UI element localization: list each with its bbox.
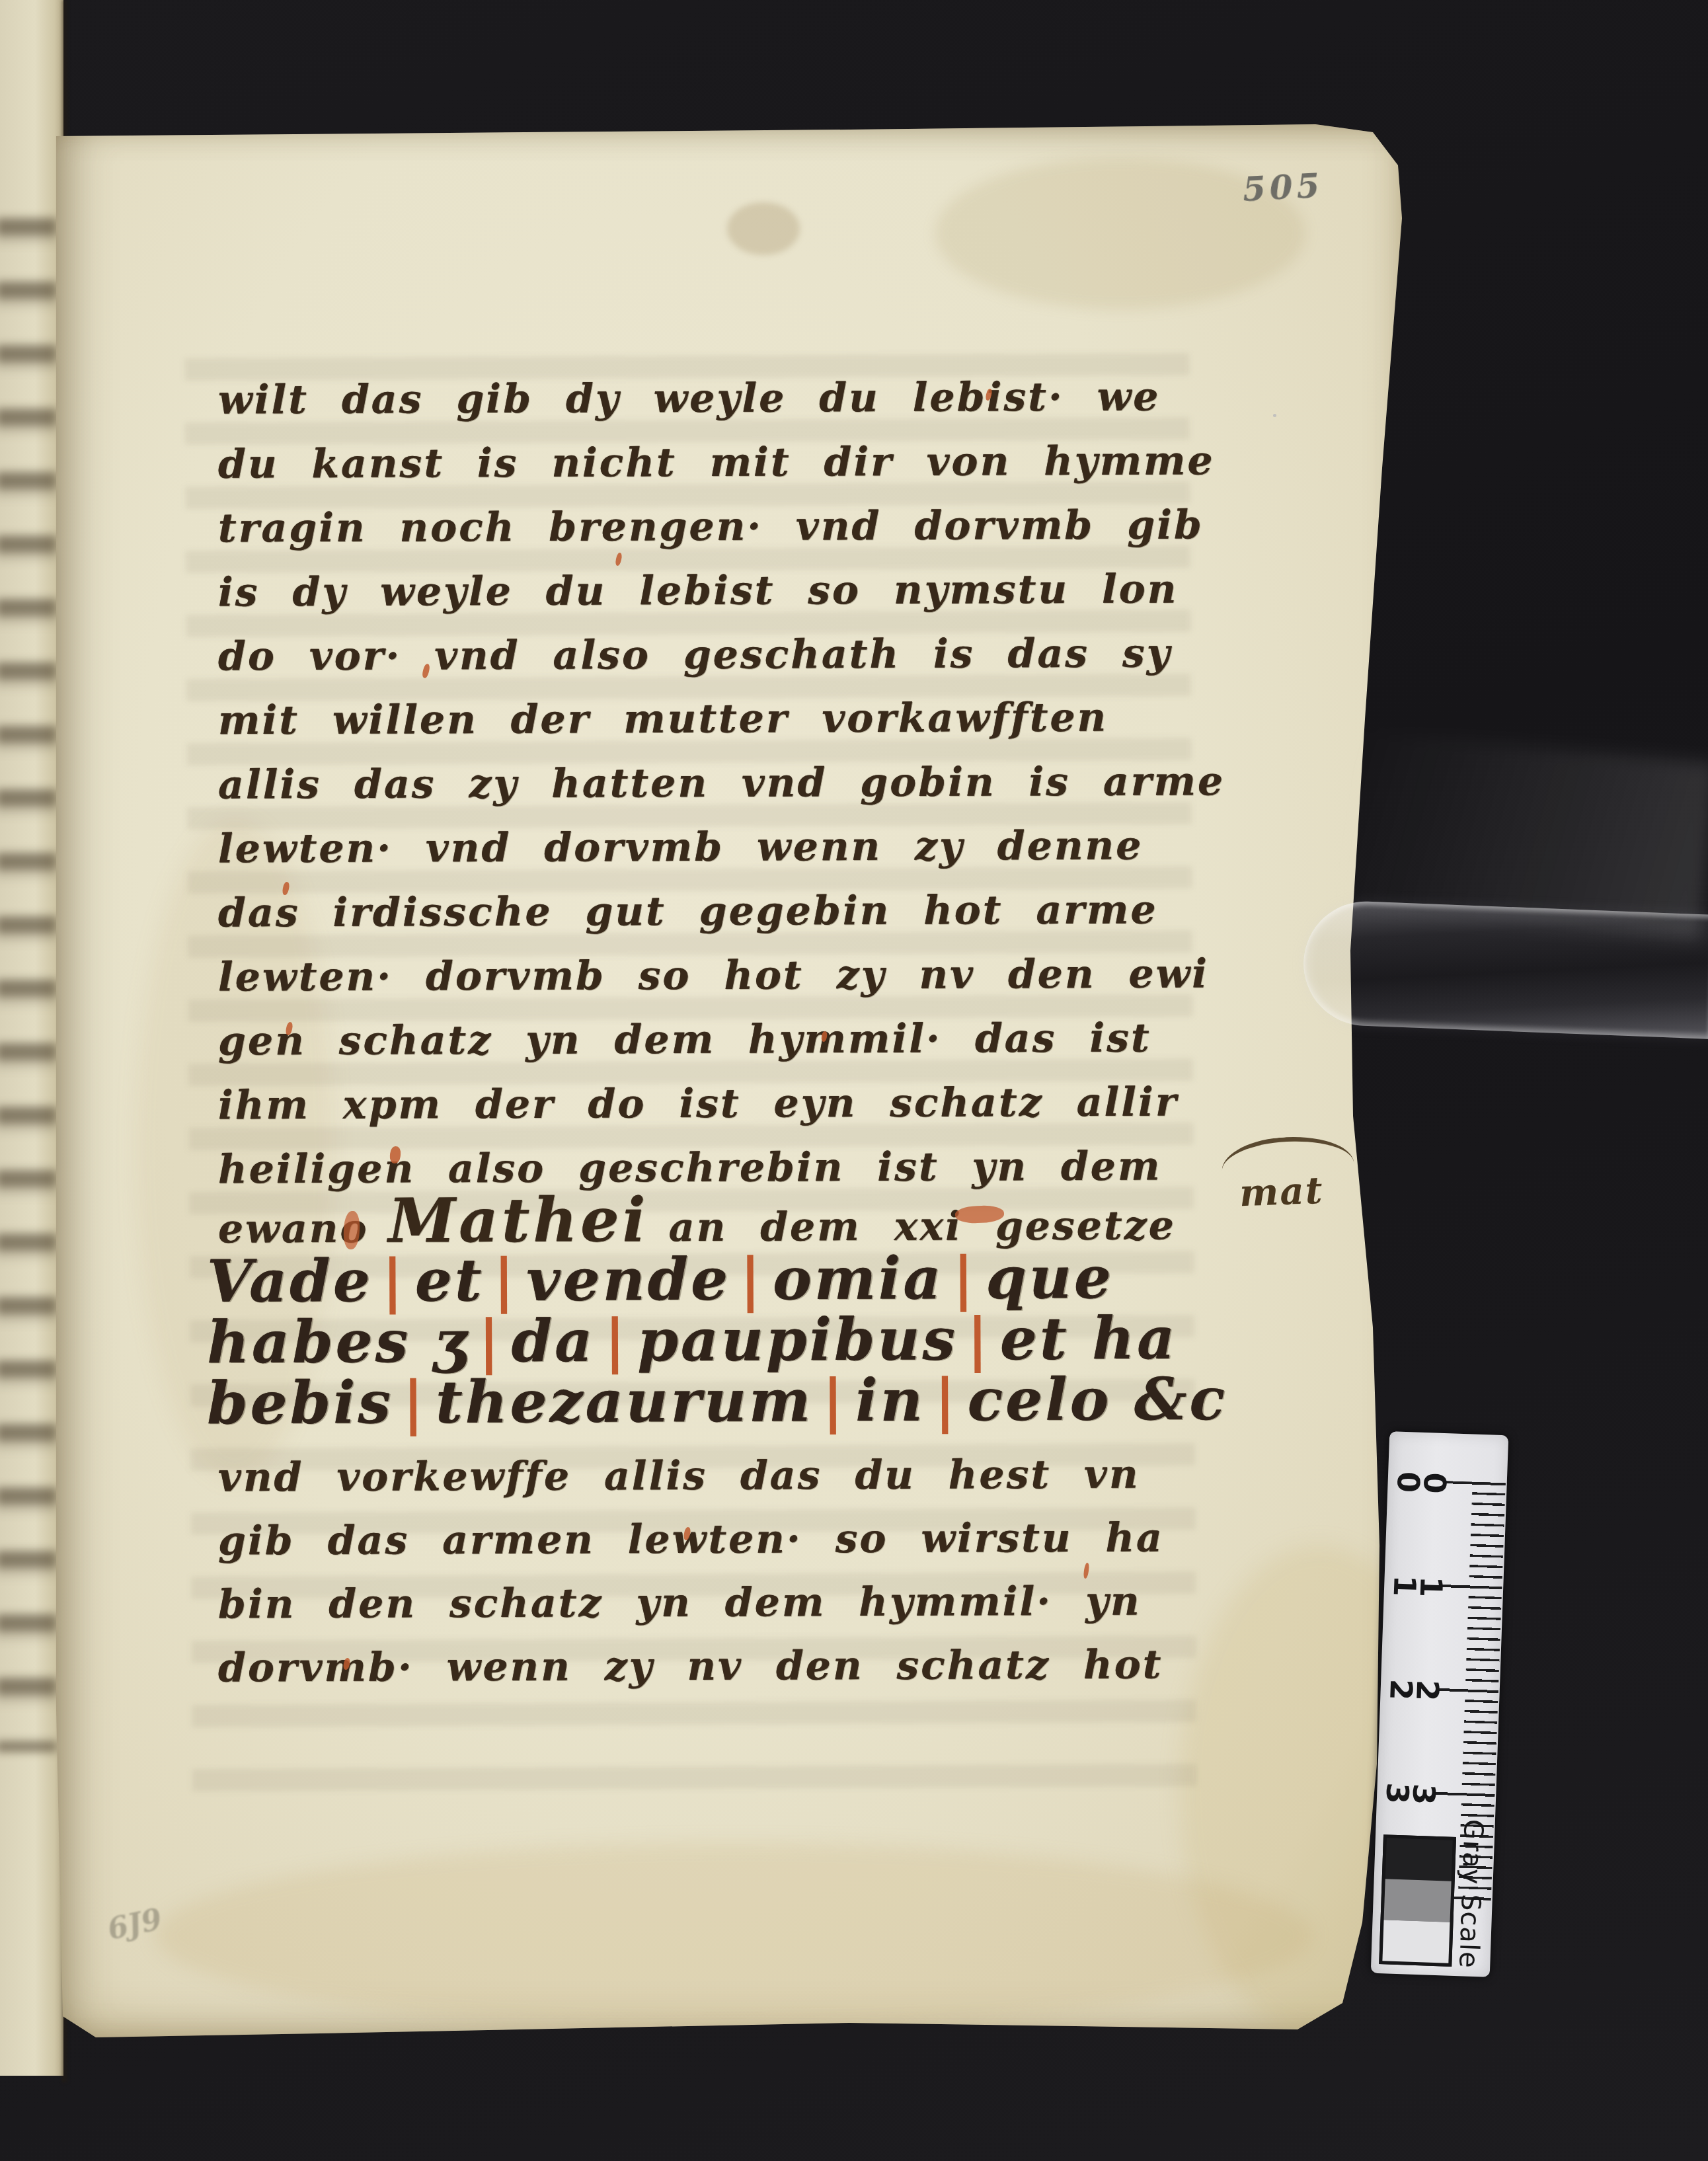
text-line: lewten· vnd dorvmb wenn zy denne: [218, 818, 1144, 878]
rubric-separator: |: [484, 1245, 526, 1314]
manuscript-photo: { "page": { "folio_number": "505", "marg…: [0, 0, 1708, 2161]
quote-word: et ha: [1000, 1304, 1178, 1373]
quote-word: celo &c: [967, 1364, 1227, 1434]
rubric-separator: |: [469, 1306, 511, 1375]
dust-speck: [1273, 414, 1276, 417]
text-line: lewten· dorvmb so hot zy nv den ewi: [218, 945, 1209, 1005]
text-line: ihm xpm der do ist eyn schatz allir: [218, 1074, 1179, 1134]
rubric-separator: |: [958, 1304, 1000, 1373]
latin-quote-line: Vade|et|vende|omia|que: [207, 1246, 1114, 1313]
quote-word: et: [415, 1245, 485, 1314]
text-line: vnd vorkewffe allis das du hest vn: [218, 1446, 1140, 1507]
quote-word: vende: [526, 1245, 730, 1314]
rubric-separator: |: [730, 1244, 773, 1313]
text-line: heiligen also geschrebin ist yn dem: [218, 1138, 1162, 1198]
quote-word: bebis: [207, 1368, 393, 1437]
ruler-number-3: 33: [1384, 1773, 1441, 1815]
previous-leaf-blurred-text: [0, 218, 57, 1752]
rubric-separator: |: [393, 1368, 436, 1436]
quote-word: omia: [773, 1243, 944, 1313]
text-line: do vor· vnd also geschath is das sy: [218, 625, 1172, 685]
text-line: du kanst is nicht mit dir von hymme: [218, 432, 1215, 492]
rubric-separator: |: [813, 1366, 855, 1434]
folio-number: 505: [1242, 166, 1325, 209]
grayscale-ruler-card: 00 11 22 33 44 Gray Scale: [1371, 1431, 1509, 1977]
parchment-stain: [727, 202, 800, 255]
text-line: tragin noch brengen· vnd dorvmb gib: [218, 496, 1204, 557]
manuscript-page: 505 wilt das gib dy weyle du lebist· we …: [56, 124, 1408, 2041]
text-line: gen schatz yn dem hymmil· das ist: [218, 1010, 1151, 1070]
text-line: mit willen der mutter vorkawfften: [218, 689, 1108, 750]
grayscale-patches: [1379, 1834, 1456, 1967]
page-clamp: [1301, 899, 1708, 1039]
text-line: das irdissche gut gegebin hot arme: [218, 882, 1158, 942]
parchment-stain: [155, 1843, 1312, 2028]
quote-word: in: [855, 1366, 925, 1434]
ruler-number-2: 22: [1388, 1669, 1445, 1711]
text-line: allis das zy hatten vnd gobin is arme: [218, 753, 1225, 813]
grayscale-patch-black: [1385, 1838, 1453, 1881]
quote-word: que: [986, 1243, 1114, 1312]
rubric-separator: |: [925, 1365, 967, 1434]
text-line: gib das armen lewten· so wirstu ha: [218, 1510, 1164, 1570]
quote-word: thezaurum: [436, 1366, 813, 1436]
grayscale-patch-gray: [1384, 1879, 1452, 1922]
quote-word: paupibus: [637, 1304, 958, 1374]
heading-title: Mathei: [388, 1191, 649, 1249]
quote-word: habes ʒ: [207, 1306, 469, 1376]
rubric-separator: |: [595, 1306, 637, 1374]
ruler-number-1: 11: [1391, 1565, 1448, 1607]
text-line: bin den schatz yn dem hymmil· yn: [218, 1573, 1142, 1633]
quote-word: Vade: [207, 1246, 373, 1316]
marginal-note: mat: [1239, 1169, 1325, 1215]
rubric-separator: |: [943, 1243, 986, 1312]
text-line: dorvmb· wenn zy nv den schatz hot: [218, 1637, 1163, 1697]
quote-word: da: [511, 1306, 595, 1376]
ruler-number-0: 00: [1395, 1462, 1452, 1503]
rubric-separator: |: [373, 1246, 415, 1315]
previous-leaf-edge: [0, 0, 63, 2076]
pencil-note: 6J9: [105, 1903, 165, 1947]
grayscale-patch-white: [1382, 1920, 1450, 1963]
latin-quote-line: bebis|thezaurum|in|celo &c: [207, 1368, 1227, 1435]
latin-quote-line: habes ʒ|da|paupibus|et ha: [207, 1307, 1178, 1374]
grayscale-label: Gray Scale: [1453, 1819, 1489, 1971]
text-line: wilt das gib dy weyle du lebist· we: [218, 369, 1161, 429]
text-line: is dy weyle du lebist so nymstu lon: [218, 561, 1179, 621]
